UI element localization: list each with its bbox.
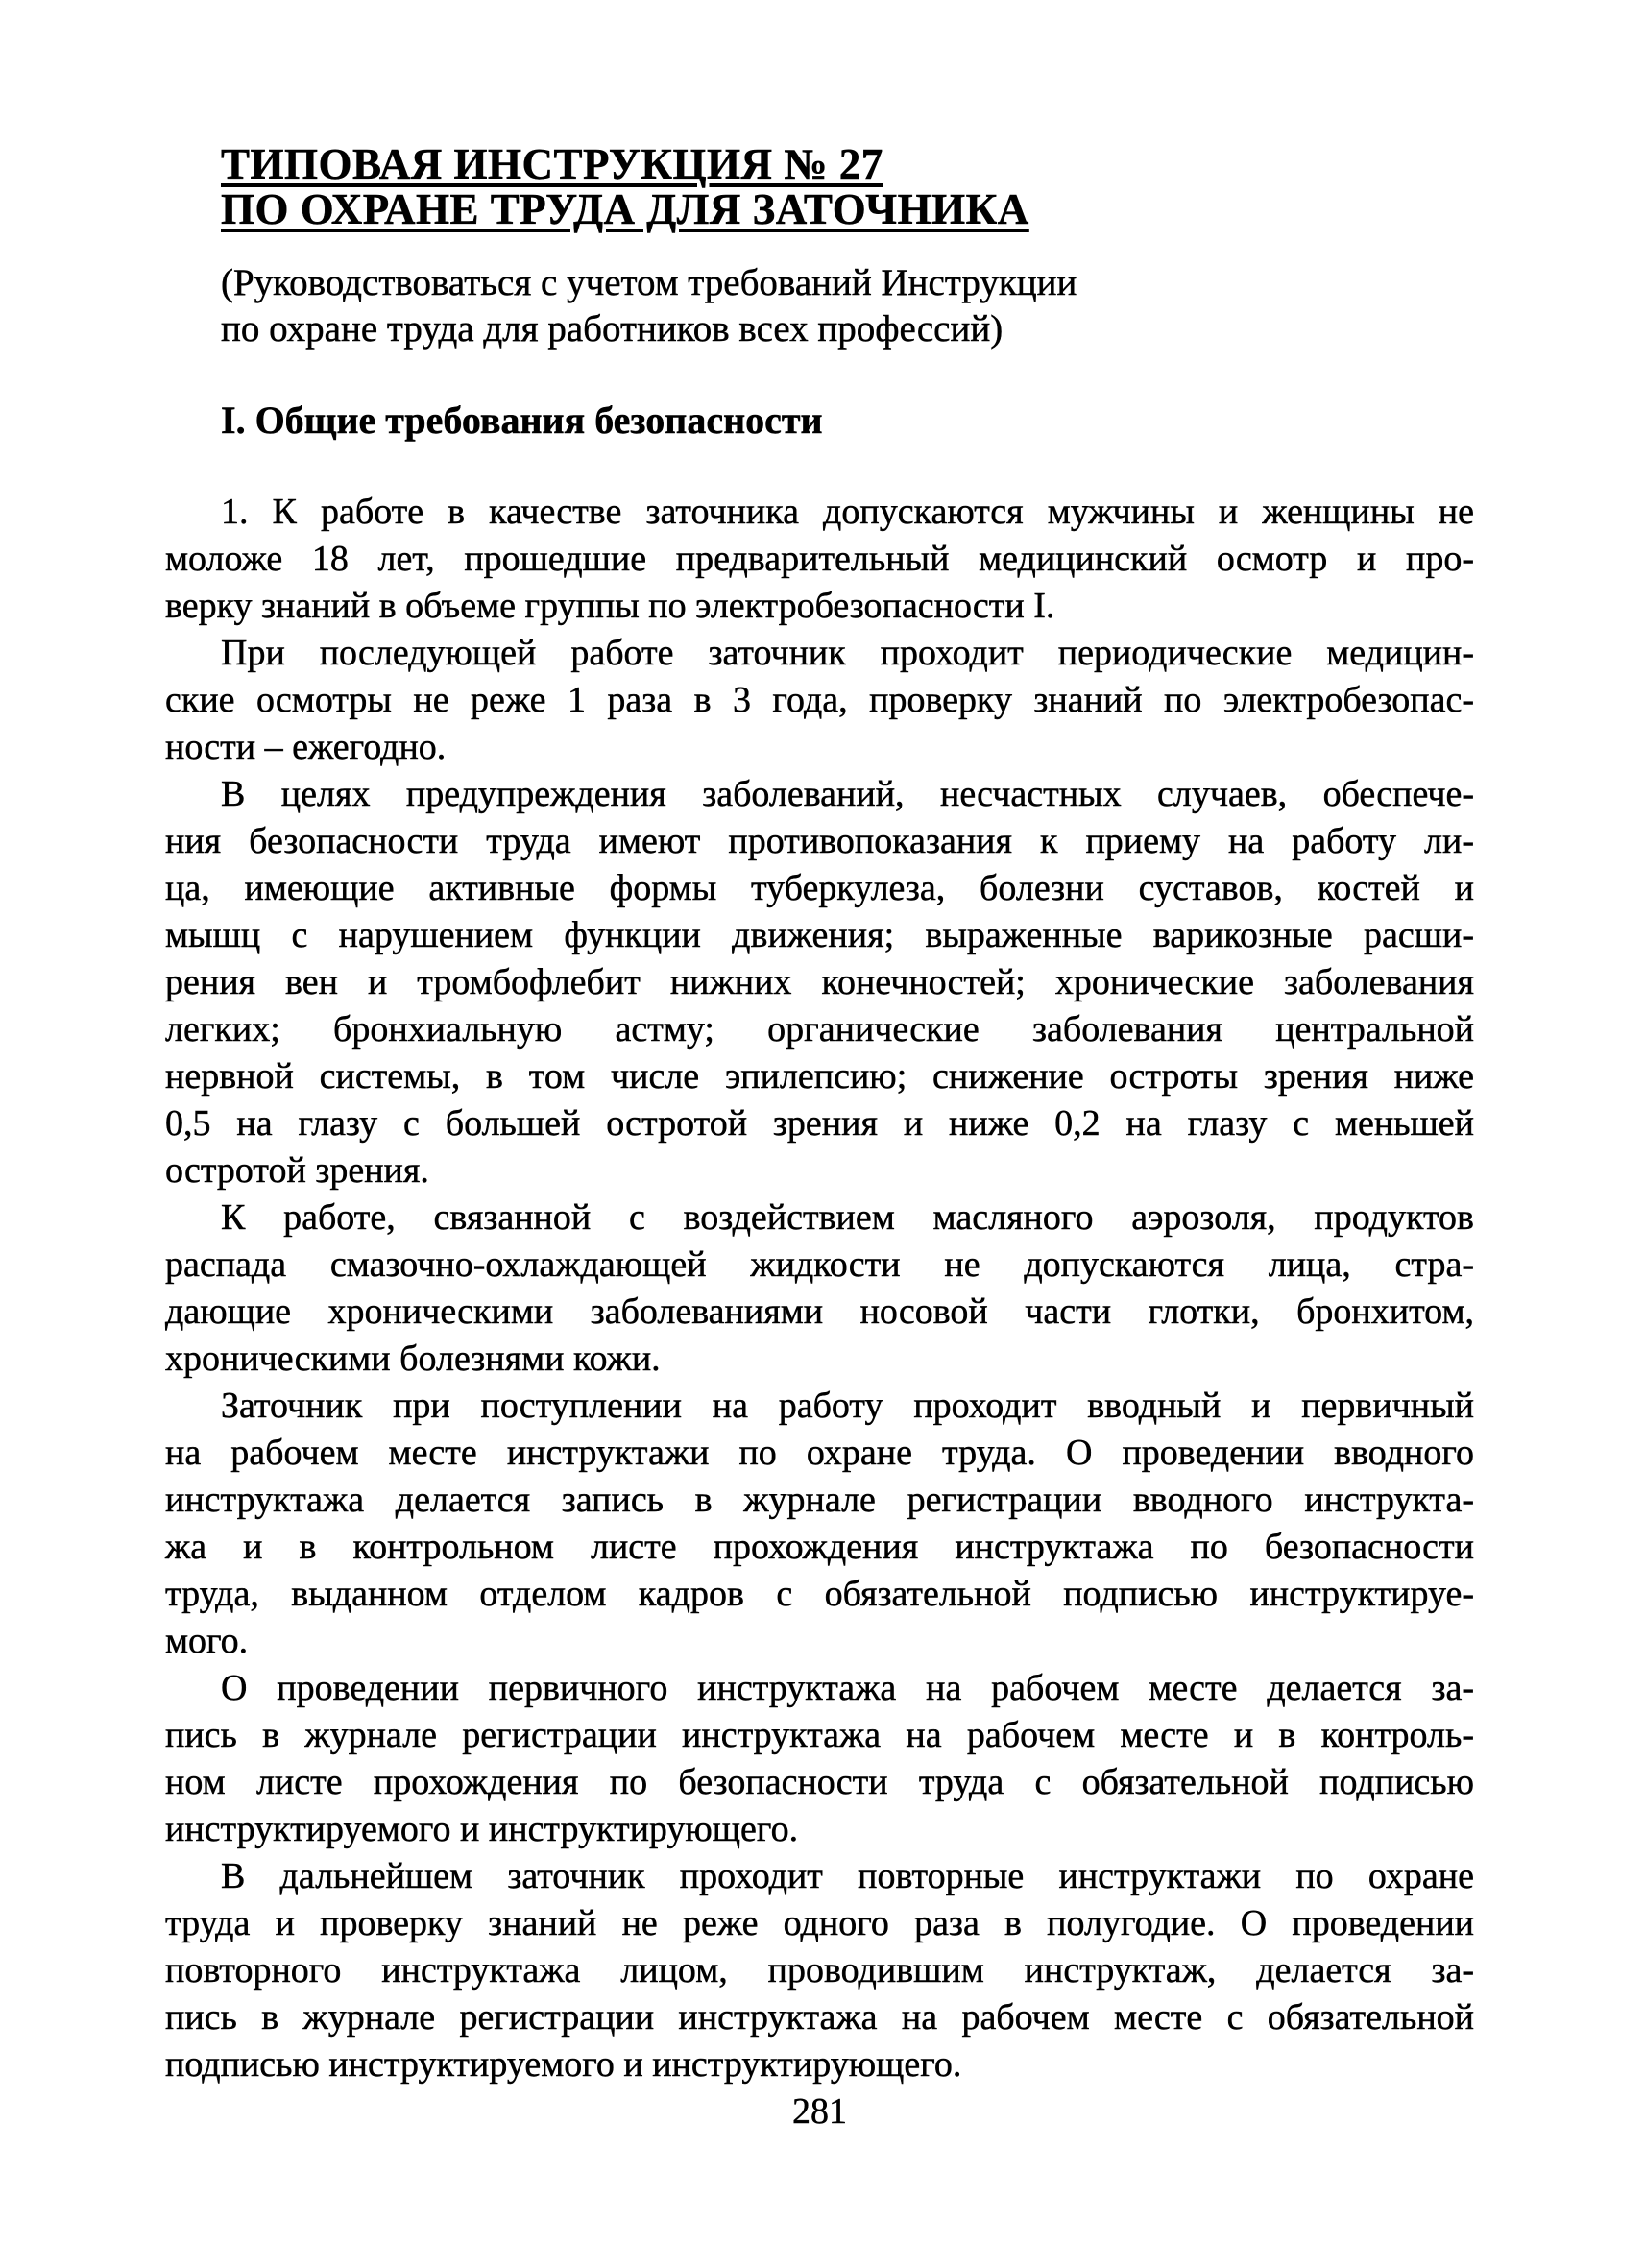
document-body: 1. К работе в качестве заточника допуска…	[165, 489, 1474, 2088]
paragraph: К работе, связанной с воздействием масля…	[165, 1194, 1474, 1383]
text-line: При последующей работе заточник проходит…	[165, 630, 1474, 677]
text-line: нервной системы, в том числе эпилепсию; …	[165, 1053, 1474, 1100]
text-line: труда, выданном отделом кадров с обязате…	[165, 1571, 1474, 1618]
text-line: жа и в контрольном листе прохождения инс…	[165, 1524, 1474, 1571]
text-line: распада смазочно-охлаждающей жидкости не…	[165, 1242, 1474, 1289]
document-content: ТИПОВАЯ ИНСТРУКЦИЯ № 27ПО ОХРАНЕ ТРУДА Д…	[165, 142, 1474, 2135]
text-line: О проведении первичного инструктажа на р…	[165, 1665, 1474, 1712]
section-heading: I. Общие требования безопасности	[165, 398, 1474, 444]
text-line: ном листе прохождения по безопасности тр…	[165, 1759, 1474, 1806]
text-line: остротой зрения.	[165, 1147, 1474, 1194]
paragraph: При последующей работе заточник проходит…	[165, 630, 1474, 771]
document-title: ТИПОВАЯ ИНСТРУКЦИЯ № 27ПО ОХРАНЕ ТРУДА Д…	[165, 142, 1474, 232]
text-line: В дальнейшем заточник проходит повторные…	[165, 1853, 1474, 1900]
paragraph: 1. К работе в качестве заточника допуска…	[165, 489, 1474, 630]
document-subtitle: (Руководствоваться с учетом требований И…	[165, 260, 1474, 352]
text-line: на рабочем месте инструктажи по охране т…	[165, 1430, 1474, 1477]
subtitle-line: (Руководствоваться с учетом требований И…	[221, 260, 1474, 306]
text-line: 1. К работе в качестве заточника допуска…	[165, 489, 1474, 536]
text-line: пись в журнале регистрации инструктажа н…	[165, 1994, 1474, 2041]
text-line: инструктируемого и инструктирующего.	[165, 1806, 1474, 1853]
text-line: мышц с нарушением функции движения; выра…	[165, 912, 1474, 959]
text-line: ца, имеющие активные формы туберкулеза, …	[165, 865, 1474, 912]
text-line: труда и проверку знаний не реже одного р…	[165, 1900, 1474, 1947]
text-line: хроническими болезнями кожи.	[165, 1336, 1474, 1383]
text-line: В целях предупреждения заболеваний, несч…	[165, 771, 1474, 818]
paragraph: В целях предупреждения заболеваний, несч…	[165, 771, 1474, 1194]
paragraph: О проведении первичного инструктажа на р…	[165, 1665, 1474, 1853]
paragraph: Заточник при поступлении на работу прохо…	[165, 1383, 1474, 1665]
text-line: инструктажа делается запись в журнале ре…	[165, 1477, 1474, 1524]
text-line: ские осмотры не реже 1 раза в 3 года, пр…	[165, 677, 1474, 724]
paragraph: В дальнейшем заточник проходит повторные…	[165, 1853, 1474, 2088]
text-line: мого.	[165, 1618, 1474, 1665]
title-line: ТИПОВАЯ ИНСТРУКЦИЯ № 27	[221, 142, 1474, 187]
page-number: 281	[165, 2088, 1474, 2135]
subtitle-line: по охране труда для работников всех проф…	[221, 306, 1474, 352]
text-line: дающие хроническими заболеваниями носово…	[165, 1289, 1474, 1336]
text-line: повторного инструктажа лицом, проводивши…	[165, 1947, 1474, 1994]
scanned-document-page: ТИПОВАЯ ИНСТРУКЦИЯ № 27ПО ОХРАНЕ ТРУДА Д…	[0, 0, 1645, 2268]
text-line: пись в журнале регистрации инструктажа н…	[165, 1712, 1474, 1759]
text-line: ности – ежегодно.	[165, 724, 1474, 771]
text-line: ния безопасности труда имеют противопока…	[165, 818, 1474, 865]
text-line: моложе 18 лет, прошедшие предварительный…	[165, 536, 1474, 583]
title-line: ПО ОХРАНЕ ТРУДА ДЛЯ ЗАТОЧНИКА	[221, 187, 1474, 232]
text-line: рения вен и тромбофлебит нижних конечнос…	[165, 959, 1474, 1006]
text-line: подписью инструктируемого и инструктирую…	[165, 2041, 1474, 2088]
text-line: 0,5 на глазу с большей остротой зрения и…	[165, 1100, 1474, 1147]
text-line: верку знаний в объеме группы по электроб…	[165, 583, 1474, 630]
text-line: Заточник при поступлении на работу прохо…	[165, 1383, 1474, 1430]
text-line: легких; бронхиальную астму; органические…	[165, 1006, 1474, 1053]
text-line: К работе, связанной с воздействием масля…	[165, 1194, 1474, 1242]
